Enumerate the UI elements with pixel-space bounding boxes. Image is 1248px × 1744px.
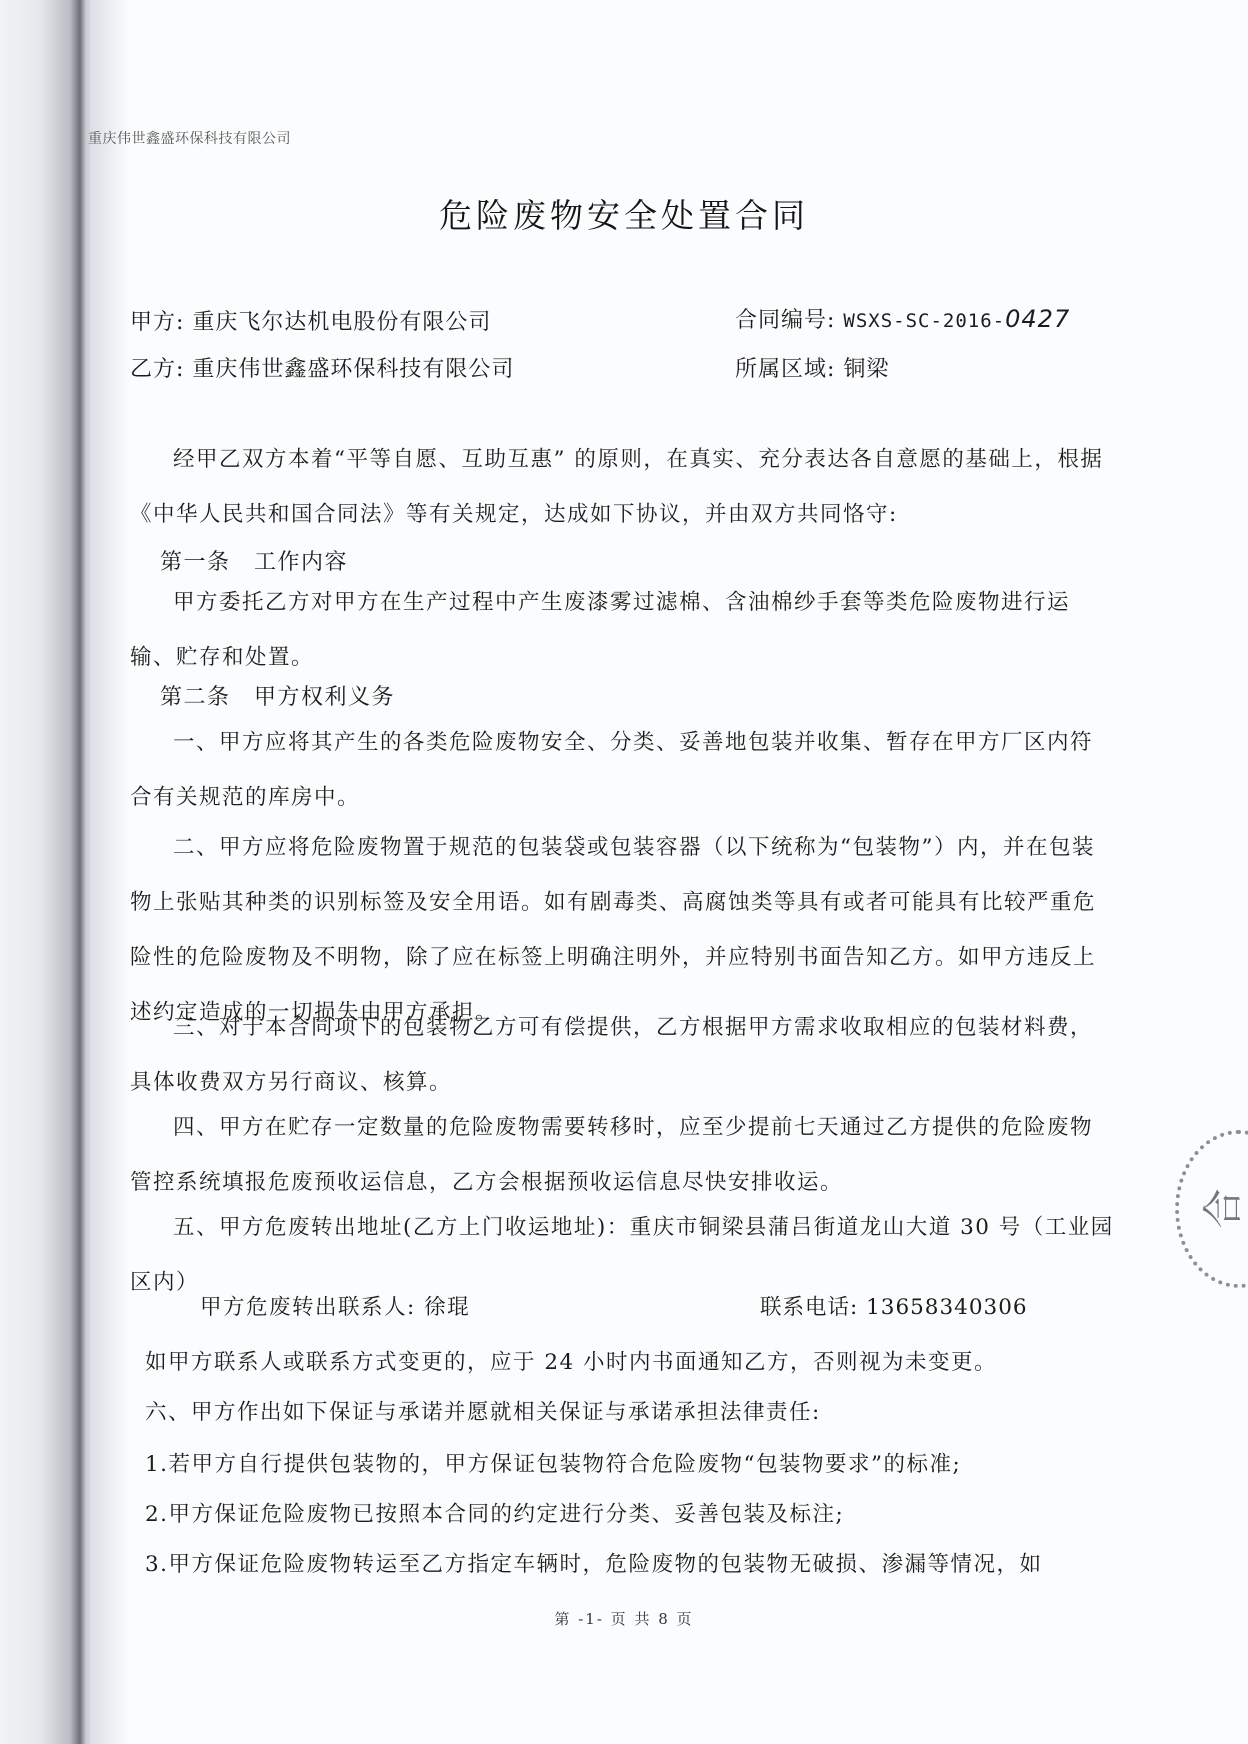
region-label: 所属区域: <box>735 357 835 382</box>
contract-number: 合同编号: WSXS-SC-2016-0427 <box>735 303 1070 334</box>
guarantee-item-1: 1.若甲方自行提供包装物的，甲方保证包装物符合危险废物“包装物要求”的标准; <box>145 1437 1130 1492</box>
clause-3: 三、对于本合同项下的包装物乙方可有偿提供，乙方根据甲方需求收取相应的包装材料费，… <box>130 1000 1115 1110</box>
article-2-heading: 第二条 甲方权利义务 <box>160 680 395 711</box>
scan-binding-shadow <box>0 0 90 1744</box>
party-b-label: 乙方: <box>130 357 184 382</box>
article-1-text: 甲方委托乙方对甲方在生产过程中产生废漆雾过滤棉、含油棉纱手套等类危险废物进行运输… <box>130 575 1115 685</box>
region: 所属区域: 铜梁 <box>735 352 889 383</box>
phone-label: 联系电话: <box>760 1295 858 1320</box>
guarantee-item-3: 3.甲方保证危险废物转运至乙方指定车辆时，危险废物的包装物无破损、渗漏等情况，如 <box>145 1537 1130 1592</box>
article-1-heading: 第一条 工作内容 <box>160 545 348 576</box>
contact-label: 甲方危废转出联系人: <box>200 1295 416 1320</box>
party-b-name: 重庆伟世鑫盛环保科技有限公司 <box>192 357 514 382</box>
page-indicator: 第 -1- 页 共 8 页 <box>0 1608 1248 1629</box>
party-a-label: 甲方: <box>130 310 184 335</box>
contact-person: 甲方危废转出联系人: 徐琨 <box>200 1290 470 1321</box>
intro-paragraph: 经甲乙双方本着“平等自愿、互助互惠” 的原则，在真实、充分表达各自意愿的基础上，… <box>130 432 1115 542</box>
contract-number-label: 合同编号: <box>735 308 835 333</box>
clause-1: 一、甲方应将其产生的各类危险废物安全、分类、妥善地包装并收集、暂存在甲方厂区内符… <box>130 715 1115 825</box>
guarantee-item-2: 2.甲方保证危险废物已按照本合同的约定进行分类、妥善包装及标注; <box>145 1487 1130 1542</box>
seal-stamp-glyph: 合 <box>1192 1189 1248 1229</box>
clause-6: 六、甲方作出如下保证与承诺并愿就相关保证与承诺承担法律责任: <box>145 1385 1130 1440</box>
party-b: 乙方: 重庆伟世鑫盛环保科技有限公司 <box>130 352 514 383</box>
contact-phone: 联系电话: 13658340306 <box>760 1290 1028 1321</box>
party-a: 甲方: 重庆飞尔达机电股份有限公司 <box>130 305 491 336</box>
contact-change-note: 如甲方联系人或联系方式变更的，应于 24 小时内书面通知乙方，否则视为未变更。 <box>145 1335 1130 1390</box>
phone-value: 13658340306 <box>866 1295 1027 1320</box>
contract-number-handwritten: 0427 <box>1005 305 1070 333</box>
contract-number-printed: WSXS-SC-2016- <box>843 310 1005 332</box>
header-company-name: 重庆伟世鑫盛环保科技有限公司 <box>88 128 291 148</box>
contact-name: 徐琨 <box>424 1295 470 1320</box>
clause-4: 四、甲方在贮存一定数量的危险废物需要转移时，应至少提前七天通过乙方提供的危险废物… <box>130 1100 1115 1210</box>
scan-page-edge <box>90 0 130 1744</box>
region-value: 铜梁 <box>843 357 889 382</box>
party-a-name: 重庆飞尔达机电股份有限公司 <box>192 310 491 335</box>
document-title: 危险废物安全处置合同 <box>0 190 1248 237</box>
